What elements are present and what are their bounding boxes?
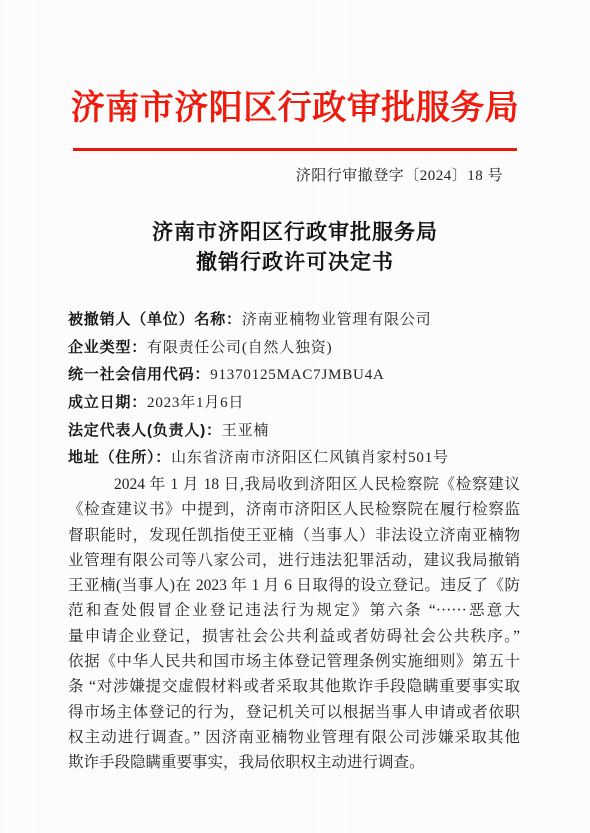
field-label: 统一社会信用代码： [68,366,210,383]
field-value: 山东省济南市济阳区仁风镇肖家村501号 [171,450,449,466]
field-label: 企业类型： [68,339,147,356]
field-row-revoked-name: 被撤销人（单位）名称：济南亚楠物业管理有限公司 [68,306,523,334]
field-label: 地址（住所）： [68,449,171,466]
paragraph-line: 2024 年 1 月 18 日,我局收到济阳区人民检察院《检察建议书》, [68,472,520,497]
field-row-established-date: 成立日期：2023年1月6日 [68,389,523,417]
paragraph-line: 依据《中华人民共和国市场主体登记管理条例实施细则》第五十 [68,649,520,674]
fields-block: 被撤销人（单位）名称：济南亚楠物业管理有限公司 企业类型：有限责任公司(自然人独… [68,306,523,472]
document-title-line1: 济南市济阳区行政审批服务局 [0,217,590,247]
field-value: 济南亚楠物业管理有限公司 [242,312,432,328]
document-title-line2: 撤销行政许可决定书 [0,247,590,277]
paragraph-line: 范和查处假冒企业登记违法行为规定》第六条 “······恶意大 [68,598,520,623]
paragraph-line: 业管理有限公司等八家公司，进行违法犯罪活动，建议我局撤销 [68,548,520,573]
field-value: 2023年1月6日 [147,395,244,411]
field-label: 被撤销人（单位）名称： [68,311,242,328]
letterhead-divider [73,148,517,151]
paragraph-line: 条 “对涉嫌提交虚假材料或者采取其他欺诈手段隐瞒重要事实取 [68,674,520,699]
paragraph-line: 得市场主体登记的行为，登记机关可以根据当事人申请或者依职 [68,700,520,725]
field-row-company-type: 企业类型：有限责任公司(自然人独资) [68,334,523,362]
paragraph-line: 权主动进行调查。” 因济南亚楠物业管理有限公司涉嫌采取其他 [68,725,520,750]
body-paragraph: 2024 年 1 月 18 日,我局收到济阳区人民检察院《检察建议书》, 《检查… [68,472,520,776]
field-row-legal-representative: 法定代表人(负责人)：王亚楠 [68,417,523,445]
field-label: 成立日期： [68,394,147,411]
document-page: 济南市济阳区行政审批服务局 济阳行审撤登字〔2024〕18 号 济南市济阳区行政… [0,0,590,833]
field-value: 91370125MAC7JMBU4A [210,367,384,383]
field-value: 有限责任公司(自然人独资) [147,340,332,356]
paragraph-line: 王亚楠(当事人)在 2023 年 1 月 6 日取得的设立登记。违反了《防 [68,573,520,598]
field-row-credit-code: 统一社会信用代码：91370125MAC7JMBU4A [68,361,523,389]
paragraph-line: 督职能时，发现任凯指使王亚楠（当事人）非法设立济南亚楠物 [68,523,520,548]
paragraph-line: 《检查建议书》中提到，济南市济阳区人民检察院在履行检察监 [68,497,520,522]
field-label: 法定代表人(负责人)： [68,422,222,439]
paragraph-line: 欺诈手段隐瞒重要事实，我局依职权主动进行调查。 [68,750,520,775]
field-value: 王亚楠 [222,423,269,439]
document-number: 济阳行审撤登字〔2024〕18 号 [296,164,503,185]
field-row-address: 地址（住所）：山东省济南市济阳区仁风镇肖家村501号 [68,444,523,472]
document-title: 济南市济阳区行政审批服务局 撤销行政许可决定书 [0,217,590,277]
letterhead-title: 济南市济阳区行政审批服务局 [0,80,590,129]
paragraph-line: 量申请企业登记，损害社会公共利益或者妨碍社会公共秩序。” [68,624,520,649]
